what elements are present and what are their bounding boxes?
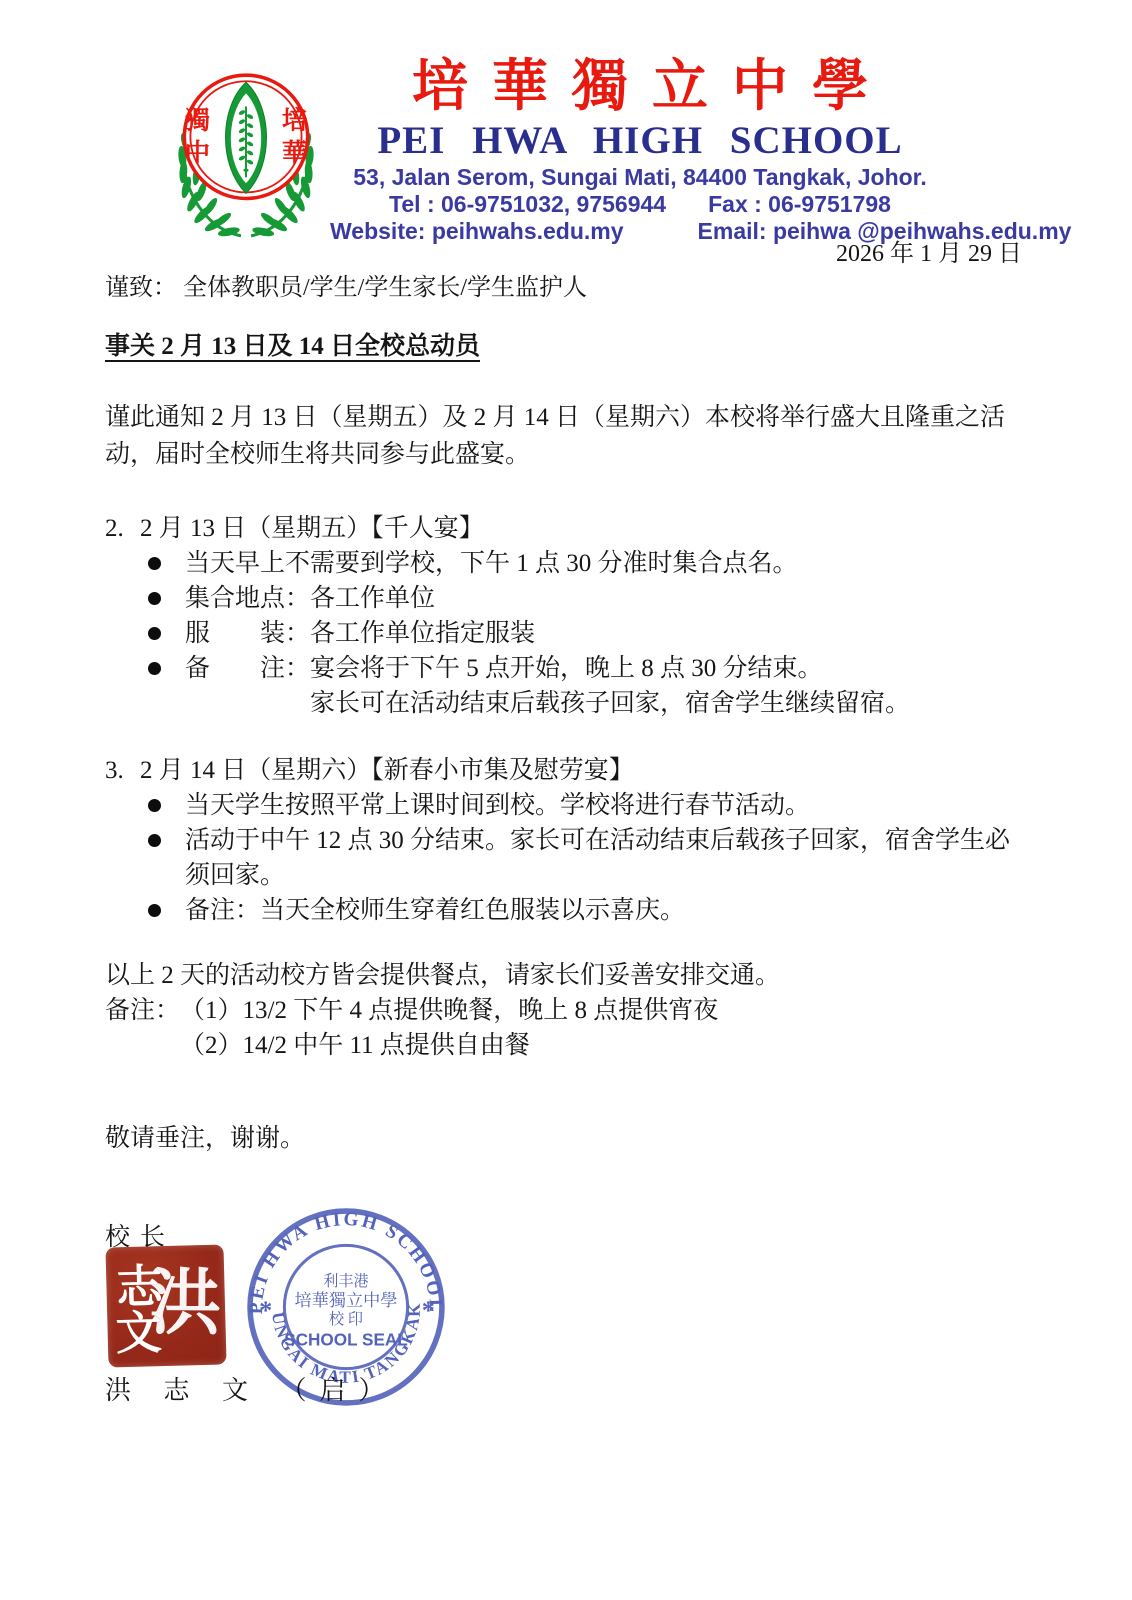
note-line: （1）13/2 下午 4 点提供晚餐，晚上 8 点提供宵夜 xyxy=(180,993,718,1028)
address-text: 53, Jalan Serom, Sungai Mati, 84400 Tang… xyxy=(353,164,927,190)
list-item: 当天学生按照平常上课时间到校。学校将进行春节活动。 xyxy=(105,788,1022,823)
letterhead-text: 培華獨立中學 PEI HWA HIGH SCHOOL 53, Jalan Ser… xyxy=(330,56,950,245)
subject-line: 事关 2 月 13 日及 14 日全校总动员 xyxy=(105,331,1022,363)
list-item: 当天早上不需要到学校，下午 1 点 30 分准时集合点名。 xyxy=(105,546,1022,581)
bullet-line: 服 装：各工作单位指定服装 xyxy=(185,616,1022,651)
seal-star-left: * xyxy=(259,1296,272,1325)
section-heading: 3. 2 月 14 日（星期六）【新春小市集及慰劳宴】 xyxy=(105,753,1022,788)
list-item: 活动于中午 12 点 30 分结束。家长可在活动结束后载孩子回家，宿舍学生必须回… xyxy=(105,823,1022,893)
logo-char-pei: 培 xyxy=(282,106,307,135)
school-seal-stamp: PEI HWA HIGH SCHOOL SUNGAI MATI TANGKAK … xyxy=(245,1206,447,1408)
seal-char-wen: 文 xyxy=(115,1296,163,1363)
notes-lines: （1）13/2 下午 4 点提供晚餐，晚上 8 点提供宵夜 （2）14/2 中午… xyxy=(180,993,718,1063)
logo-char-zhong: 中 xyxy=(185,139,210,167)
list-item: 集合地点：各工作单位 xyxy=(105,581,1022,616)
seal-center-line2: 培華獨立中學 xyxy=(295,1291,398,1310)
list-item: 备 注：宴会将于下午 5 点开始，晚上 8 点 30 分结束。 家长可在活动结束… xyxy=(105,651,1022,721)
section-number: 2. xyxy=(105,511,140,546)
letter-body: 2026 年 1 月 29 日 谨致： 全体教职员/学生/学生家长/学生监护人 … xyxy=(0,239,1132,1156)
school-logo: 獨 中 培 華 xyxy=(158,58,334,250)
bullet-line-continued: 家长可在活动结束后载孩子回家，宿舍学生继续留宿。 xyxy=(310,686,1022,721)
bullet-line: 备 注：宴会将于下午 5 点开始，晚上 8 点 30 分结束。 xyxy=(185,651,1022,686)
section-feb13: 2. 2 月 13 日（星期五）【千人宴】 当天早上不需要到学校，下午 1 点 … xyxy=(105,511,1022,721)
address-line: 53, Jalan Serom, Sungai Mati, 84400 Tang… xyxy=(330,164,950,191)
seal-center-line1: 利丰港 xyxy=(323,1273,368,1290)
logo-char-du: 獨 xyxy=(184,107,210,135)
logo-char-hwa: 華 xyxy=(282,139,307,167)
bullet-icon xyxy=(148,557,161,570)
bullet-line: 活动于中午 12 点 30 分结束。家长可在活动结束后载孩子回家，宿舍学生必须回… xyxy=(185,823,1022,893)
principal-seal-stamp: 洪 志 文 xyxy=(105,1244,226,1367)
bullet-icon xyxy=(148,592,161,605)
closing-block: 以上 2 天的活动校方皆会提供餐点，请家长们妥善安排交通。 备注： （1）13/… xyxy=(105,958,1022,1156)
section-title: 2 月 13 日（星期五）【千人宴】 xyxy=(140,511,484,546)
email-text: Email: peihwa @peihwahs.edu.my xyxy=(698,218,1072,244)
bullet-icon xyxy=(148,799,161,812)
bullet-line: 当天早上不需要到学校，下午 1 点 30 分准时集合点名。 xyxy=(185,546,1022,581)
list-item: 服 装：各工作单位指定服装 xyxy=(105,616,1022,651)
tel-text: Tel : 06-9751032, 9756944 xyxy=(389,191,666,217)
document-page: 獨 中 培 華 培華獨立中學 PEI HWA HIGH SCHOOL 53, J… xyxy=(0,0,1132,1600)
notes-label: 备注： xyxy=(105,993,180,1063)
bullet-icon xyxy=(148,904,161,917)
section-title: 2 月 14 日（星期六）【新春小市集及慰劳宴】 xyxy=(140,753,634,788)
bullet-line: 集合地点：各工作单位 xyxy=(185,581,1022,616)
section-feb14: 3. 2 月 14 日（星期六）【新春小市集及慰劳宴】 当天学生按照平常上课时间… xyxy=(105,753,1022,928)
transport-note: 以上 2 天的活动校方皆会提供餐点，请家长们妥善安排交通。 xyxy=(105,958,1022,993)
bullet-icon xyxy=(148,662,161,675)
school-logo-graphic: 獨 中 培 華 xyxy=(158,58,334,250)
school-seal-graphic: PEI HWA HIGH SCHOOL SUNGAI MATI TANGKAK … xyxy=(245,1206,447,1408)
bullet-icon xyxy=(148,834,161,847)
web-line: Website: peihwahs.edu.myEmail: peihwa @p… xyxy=(330,218,950,245)
seal-center-line3: 校 印 xyxy=(329,1310,363,1328)
website-text: Website: peihwahs.edu.my xyxy=(330,218,624,244)
bullet-line: 当天学生按照平常上课时间到校。学校将进行春节活动。 xyxy=(185,788,1022,823)
signature-block: 校长 洪 志 文 洪 志 文 （启） PEI HWA HIGH SCHOOL xyxy=(105,1222,1132,1472)
bullet-icon xyxy=(148,627,161,640)
list-item: 备注：当天全校师生穿着红色服装以示喜庆。 xyxy=(105,893,1022,928)
school-name-chinese: 培華獨立中學 xyxy=(330,56,950,118)
regards-line: 敬请垂注，谢谢。 xyxy=(105,1121,1022,1156)
seal-center-line4: SCHOOL SEAL xyxy=(284,1329,408,1349)
fax-text: Fax : 06-9751798 xyxy=(708,191,891,217)
section-number: 3. xyxy=(105,753,140,788)
section-heading: 2. 2 月 13 日（星期五）【千人宴】 xyxy=(105,511,1022,546)
notes-row: 备注： （1）13/2 下午 4 点提供晚餐，晚上 8 点提供宵夜 （2）14/… xyxy=(105,993,1022,1063)
school-name-english: PEI HWA HIGH SCHOOL xyxy=(330,118,950,164)
letterhead: 獨 中 培 華 培華獨立中學 PEI HWA HIGH SCHOOL 53, J… xyxy=(0,0,1132,205)
recipient-line: 谨致： 全体教职员/学生/学生家长/学生监护人 xyxy=(105,273,1022,303)
bullet-line: 备注：当天全校师生穿着红色服装以示喜庆。 xyxy=(185,893,1022,928)
intro-paragraph: 谨此通知 2 月 13 日（星期五）及 2 月 14 日（星期六）本校将举行盛大… xyxy=(105,399,1020,473)
note-line: （2）14/2 中午 11 点提供自由餐 xyxy=(180,1028,718,1063)
seal-star-right: * xyxy=(422,1296,435,1325)
phone-line: Tel : 06-9751032, 9756944Fax : 06-975179… xyxy=(330,191,950,218)
